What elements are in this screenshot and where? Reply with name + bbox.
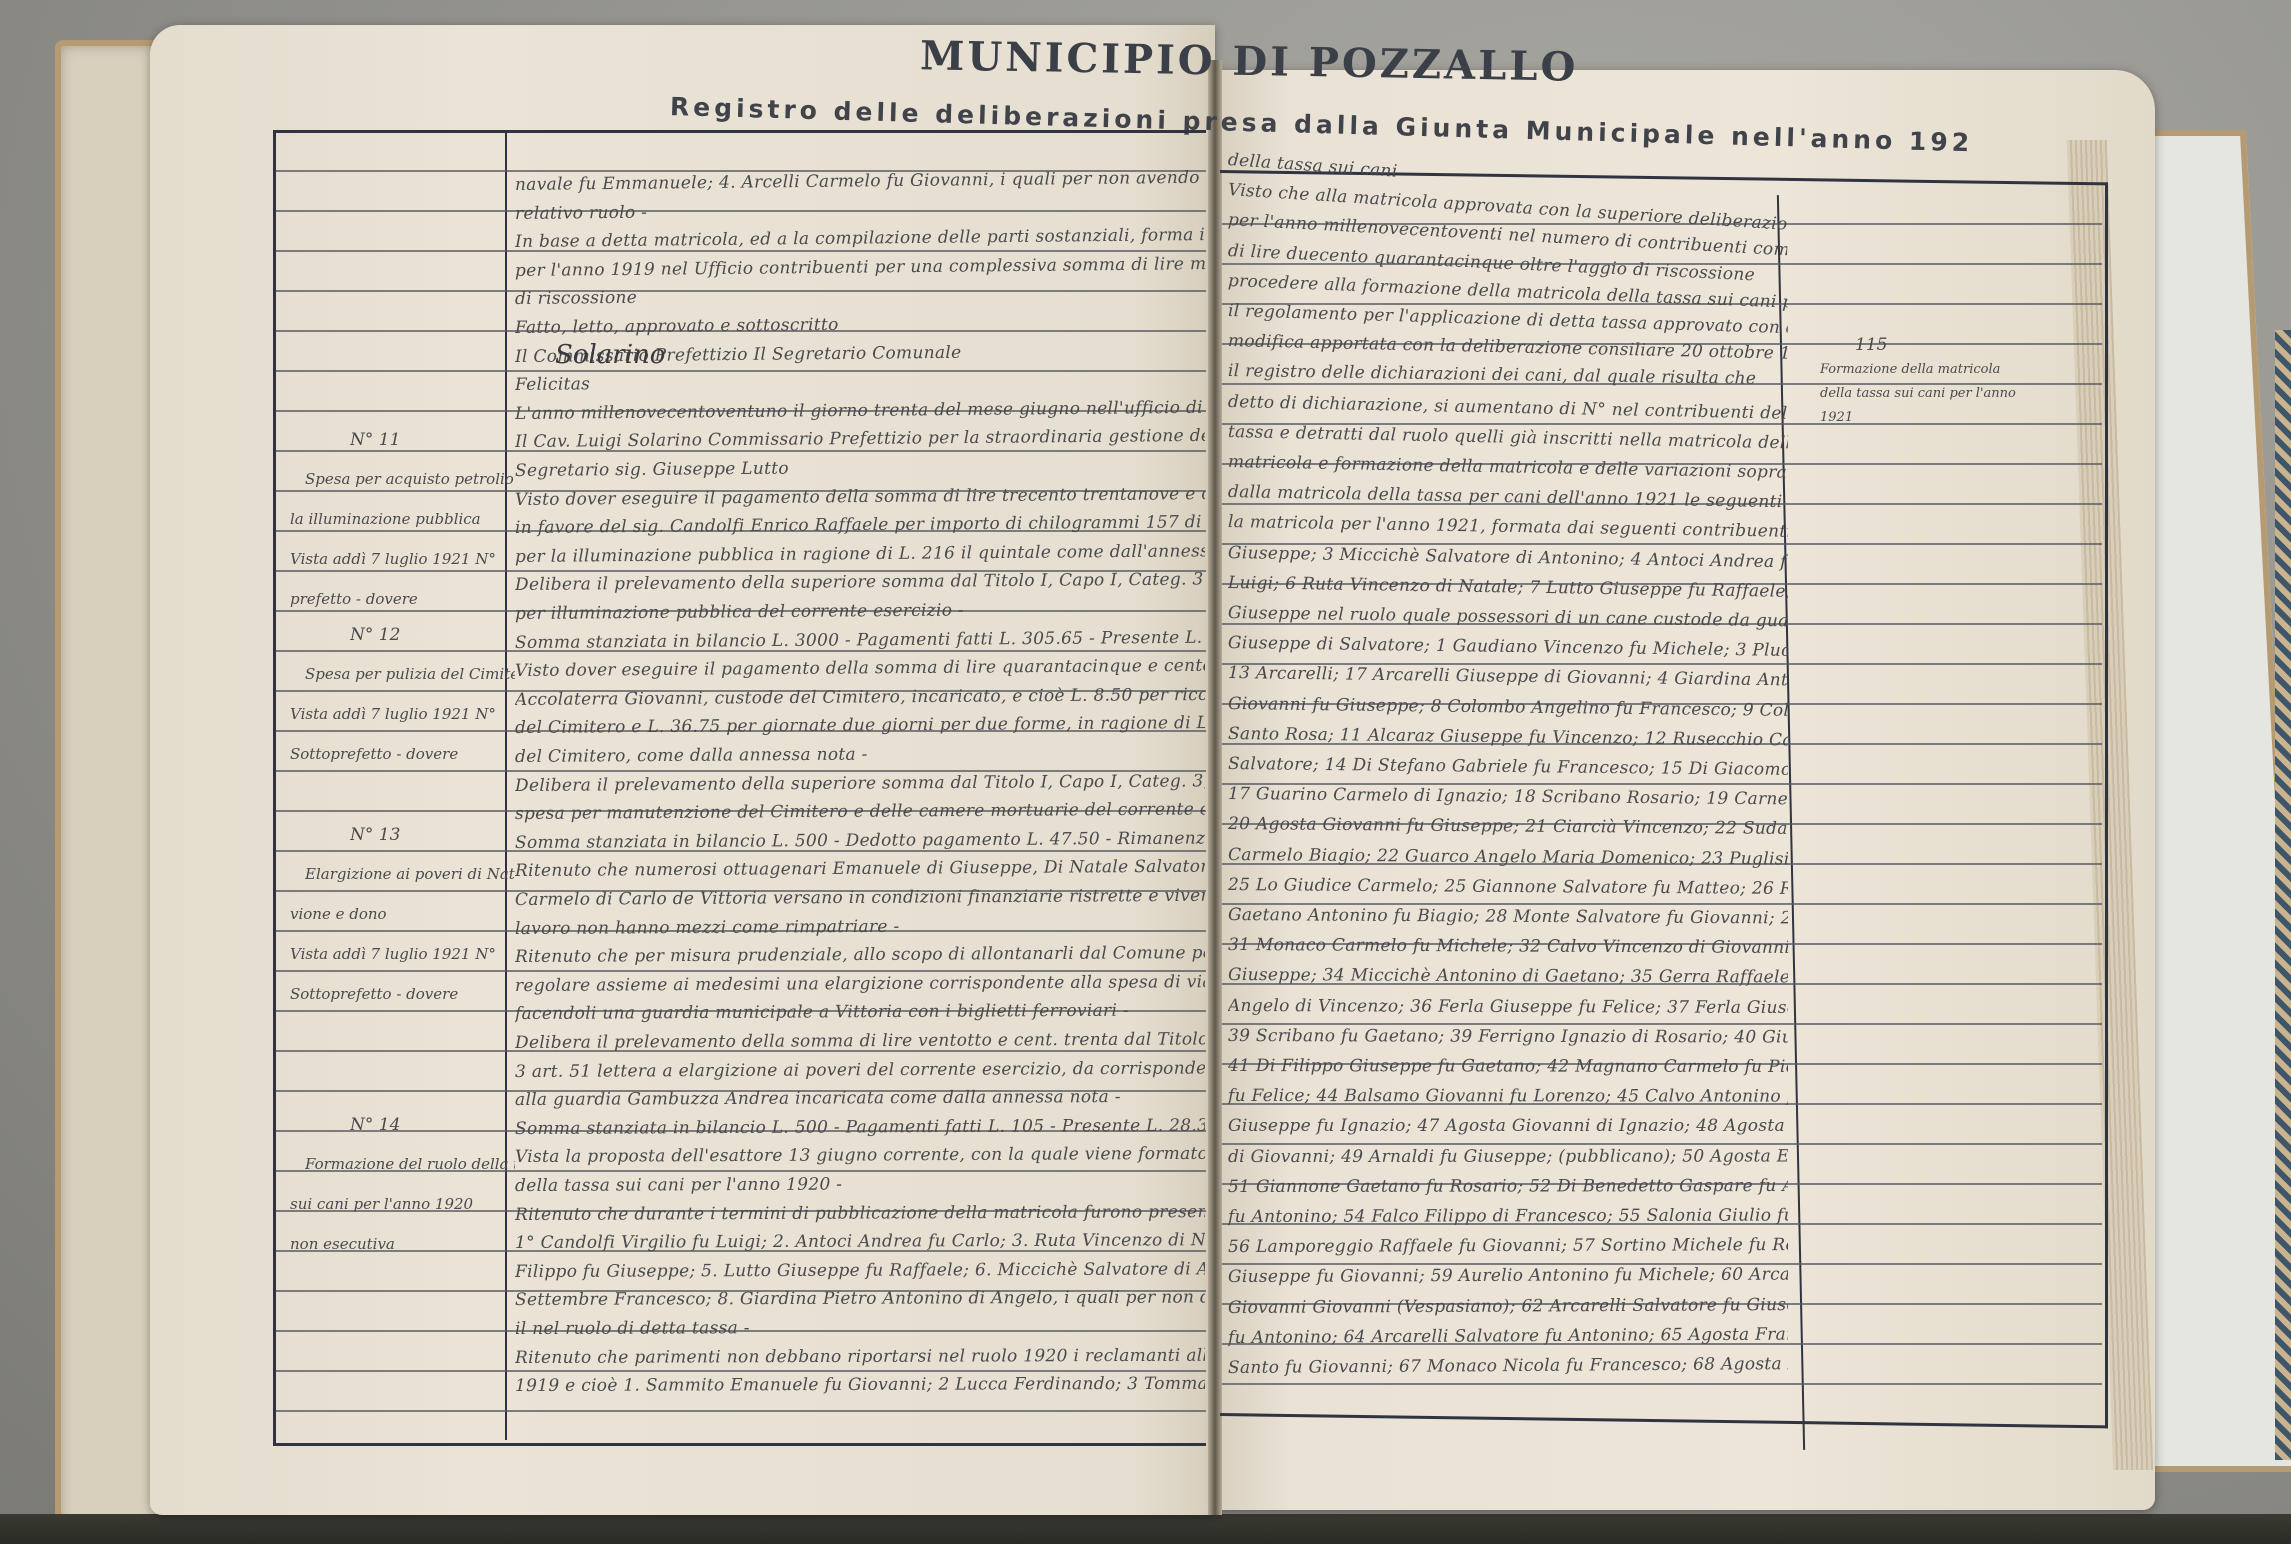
body-line: 51 Giannone Gaetano fu Rosario; 52 Di Be… (1228, 1176, 1788, 1197)
body-line: fu Antonino; 64 Arcarelli Salvatore fu A… (1228, 1324, 1788, 1347)
margin-entry-line: la illuminazione pubblica (290, 510, 500, 528)
margin-entry-line: Vista addì 7 luglio 1921 N° 6903 - Il (290, 705, 500, 723)
body-line: 31 Monaco Carmelo fu Michele; 32 Calvo V… (1228, 935, 1788, 958)
body-line: 39 Scribano fu Gaetano; 39 Ferrigno Igna… (1228, 1026, 1788, 1047)
entry-number: N° 14 (350, 1115, 400, 1135)
margin-entry-line: Vista addì 7 luglio 1921 N° 6906 - Il So… (290, 550, 500, 568)
body-line: Ritenuto che parimenti non debbano ripor… (515, 1345, 1205, 1367)
margin-entry-line: sui cani per l'anno 1920 (290, 1195, 500, 1213)
body-line: Gaetano Antonino fu Biagio; 28 Monte Sal… (1228, 905, 1788, 928)
note-line: Formazione della matricola (1820, 362, 2020, 377)
margin-entry-line: Sottoprefetto - dovere (290, 745, 500, 763)
body-line: Giuseppe fu Ignazio; 47 Agosta Giovanni … (1228, 1116, 1788, 1136)
body-line: 25 Lo Giudice Carmelo; 25 Giannone Salva… (1228, 875, 1788, 899)
margin-entry-line: Elargizione ai poveri di Natale, ottav (305, 865, 515, 883)
body-line: Somma stanziata in bilancio L. 500 - Pag… (515, 1116, 1205, 1139)
body-line: 1° Candolfi Virgilio fu Luigi; 2. Antoci… (515, 1230, 1205, 1253)
body-line: regolare assieme ai medesimi una elargiz… (515, 972, 1205, 996)
body-line: Giovanni Giovanni (Vespasiano); 62 Arcar… (1228, 1295, 1788, 1318)
body-line: Ritenuto che per misura prudenziale, all… (515, 943, 1205, 967)
note-number: 115 (1855, 335, 1887, 355)
margin-entry-line: non esecutiva (290, 1235, 500, 1253)
body-line: 41 Di Filippo Giuseppe fu Gaetano; 42 Ma… (1228, 1056, 1788, 1077)
margin-entry-line: Spesa per acquisto petrolio per (305, 470, 515, 488)
body-line: Angelo di Vincenzo; 36 Ferla Giuseppe fu… (1228, 996, 1788, 1018)
margin-entry-line: vione e dono (290, 905, 500, 923)
entry-number: N° 12 (350, 625, 400, 645)
note-line: 1921 (1820, 410, 2020, 425)
body-line: lavoro non hanno mezzi come rimpatriare … (515, 914, 1205, 938)
body-line: Vista la proposta dell'esattore 13 giugn… (515, 1144, 1205, 1167)
body-line: fu Felice; 44 Balsamo Giovanni fu Lorenz… (1228, 1086, 1788, 1106)
body-line: Delibera il prelevamento della somma di … (515, 1029, 1205, 1053)
note-line: della tassa sui cani per l'anno (1820, 386, 2020, 401)
book-cover-marbled-edge (2275, 330, 2291, 1460)
body-line: 56 Lamporeggio Raffaele fu Giovanni; 57 … (1228, 1235, 1788, 1257)
body-line: Settembre Francesco; 8. Giardina Pietro … (515, 1288, 1205, 1311)
margin-entry-line: Sottoprefetto - dovere (290, 985, 500, 1003)
entry-number: N° 11 (350, 430, 400, 450)
entry-number: N° 13 (350, 825, 400, 845)
body-line: Giuseppe fu Giovanni; 59 Aurelio Antonin… (1228, 1265, 1788, 1287)
margin-entry-line: Vista addì 7 luglio 1921 N° 6707 - Il (290, 945, 500, 963)
body-line: Carmelo Biagio; 22 Guarco Angelo Maria D… (1228, 845, 1788, 869)
body-line: Ritenuto che durante i termini di pubbli… (515, 1202, 1205, 1225)
body-line: Delibera il prelevamento della superiore… (515, 771, 1205, 796)
body-line: fu Antonino; 54 Falco Filippo di Frances… (1228, 1206, 1788, 1227)
margin-entry-line: Formazione del ruolo della tassa (305, 1155, 515, 1173)
body-line: Filippo fu Giuseppe; 5. Lutto Giuseppe f… (515, 1259, 1205, 1282)
body-line: il nel ruolo di detta tassa - (515, 1317, 1205, 1339)
margin-entry-line: Spesa per pulizia del Cimitero (305, 665, 515, 683)
margin-entry-line: prefetto - dovere (290, 590, 500, 608)
body-line: alla guardia Gambuzza Andrea incaricata … (515, 1087, 1205, 1110)
body-line: 3 art. 51 lettera a elargizione ai pover… (515, 1058, 1205, 1081)
body-line: 1919 e cioè 1. Sammito Emanuele fu Giova… (515, 1374, 1205, 1396)
body-line: Carmelo di Carlo de Vittoria versano in … (515, 886, 1205, 910)
body-line: Giuseppe; 34 Miccichè Antonino di Gaetan… (1228, 965, 1788, 987)
body-line: della tassa sui cani per l'anno 1920 - (515, 1173, 1205, 1196)
table-surface (0, 1514, 2291, 1544)
body-line: di Giovanni; 49 Arnaldi fu Giuseppe; (pu… (1228, 1146, 1788, 1166)
body-line: Santo fu Giovanni; 67 Monaco Nicola fu F… (1228, 1354, 1788, 1378)
commissioner-signature: Solarino (555, 340, 665, 370)
body-line: Somma stanziata in bilancio L. 500 - Ded… (515, 828, 1205, 852)
